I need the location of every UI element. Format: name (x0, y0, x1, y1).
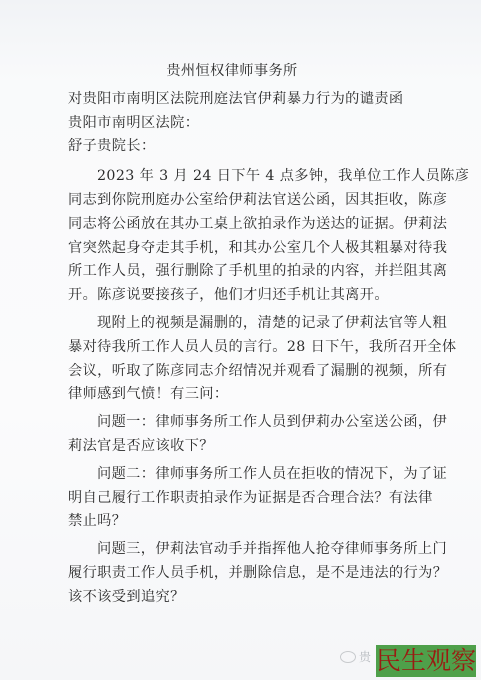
organization-heading: 贵州恒权律师事务所 (56, 60, 408, 84)
paragraph-line: 同志将公函放在其办工桌上欲拍录作为送达的证据。伊莉法 (68, 213, 408, 237)
paragraph-line: 现附上的视频是漏删的，清楚的记录了伊莉法官等人粗 (68, 312, 408, 336)
faded-watermark-text: 贵 (359, 648, 371, 665)
paragraph-line: 问题三，伊莉法官动手并指挥他人抢夺律师事务所上门 (68, 538, 408, 562)
recipient-person: 舒子贵院长： (68, 135, 408, 159)
paragraph-line: 该不该受到追究？ (68, 586, 408, 610)
wechat-icon (340, 651, 356, 663)
paragraph-line: 问题一：律师事务所工作人员到伊莉办公室送公函，伊 (68, 411, 408, 435)
paragraph-line: 2023 年 3 月 24 日下午 4 点多钟，我单位工作人员陈彦 (68, 165, 408, 189)
paragraph-line: 明自己履行工作职责拍录作为证据是否合理合法？有法律 (68, 487, 408, 511)
paragraph-line: 同志到你院刑庭办公室给伊莉法官送公函，因其拒收，陈彦 (68, 189, 408, 213)
question-two: 问题二：律师事务所工作人员在拒收的情况下，为了证 明自己履行工作职责拍录作为证据… (68, 463, 408, 534)
recipient-court: 贵阳市南明区法院： (68, 112, 408, 136)
faded-wechat-watermark: 贵 (340, 648, 371, 665)
paragraph-line: 会议，听取了陈彦同志介绍情况并观看了漏删的视频，所有 (68, 360, 408, 384)
minsheng-guancha-badge: 民生观察 (376, 645, 476, 677)
paragraph-line: 律师感到气愤！有三问： (68, 383, 408, 407)
letter-subject: 对贵阳市南明区法院刑庭法官伊莉暴力行为的谴责函 (68, 88, 408, 112)
paragraph-line: 禁止吗？ (68, 510, 408, 534)
paragraph-line: 莉法官是否应该收下？ (68, 435, 408, 459)
question-one: 问题一：律师事务所工作人员到伊莉办公室送公函，伊 莉法官是否应该收下？ (68, 411, 408, 459)
paragraph-line: 问题二：律师事务所工作人员在拒收的情况下，为了证 (68, 463, 408, 487)
paragraph-line: 所工作人员，强行删除了手机里的拍录的内容，并拦阻其离 (68, 260, 408, 284)
paragraph-video: 现附上的视频是漏删的，清楚的记录了伊莉法官等人粗 暴对待我所工作人员人员的言行。… (68, 312, 408, 407)
scanned-letter-page: 贵州恒权律师事务所 对贵阳市南明区法院刑庭法官伊莉暴力行为的谴责函 贵阳市南明区… (0, 0, 481, 680)
paragraph-incident: 2023 年 3 月 24 日下午 4 点多钟，我单位工作人员陈彦 同志到你院刑… (68, 165, 408, 308)
question-three: 问题三，伊莉法官动手并指挥他人抢夺律师事务所上门 履行职责工作人员手机，并删除信… (68, 538, 408, 609)
letter-body: 贵州恒权律师事务所 对贵阳市南明区法院刑庭法官伊莉暴力行为的谴责函 贵阳市南明区… (68, 60, 408, 610)
paragraph-line: 履行职责工作人员手机，并删除信息，是不是违法的行为？ (68, 562, 408, 586)
paragraph-line: 暴对待我所工作人员人员的言行。28 日下午，我所召开全体 (68, 336, 408, 360)
paragraph-line: 开。陈彦说要接孩子，他们才归还手机让其离开。 (68, 284, 408, 308)
paragraph-line: 官突然起身夺走其手机，和其办公室几个人极其粗暴对待我 (68, 237, 408, 261)
